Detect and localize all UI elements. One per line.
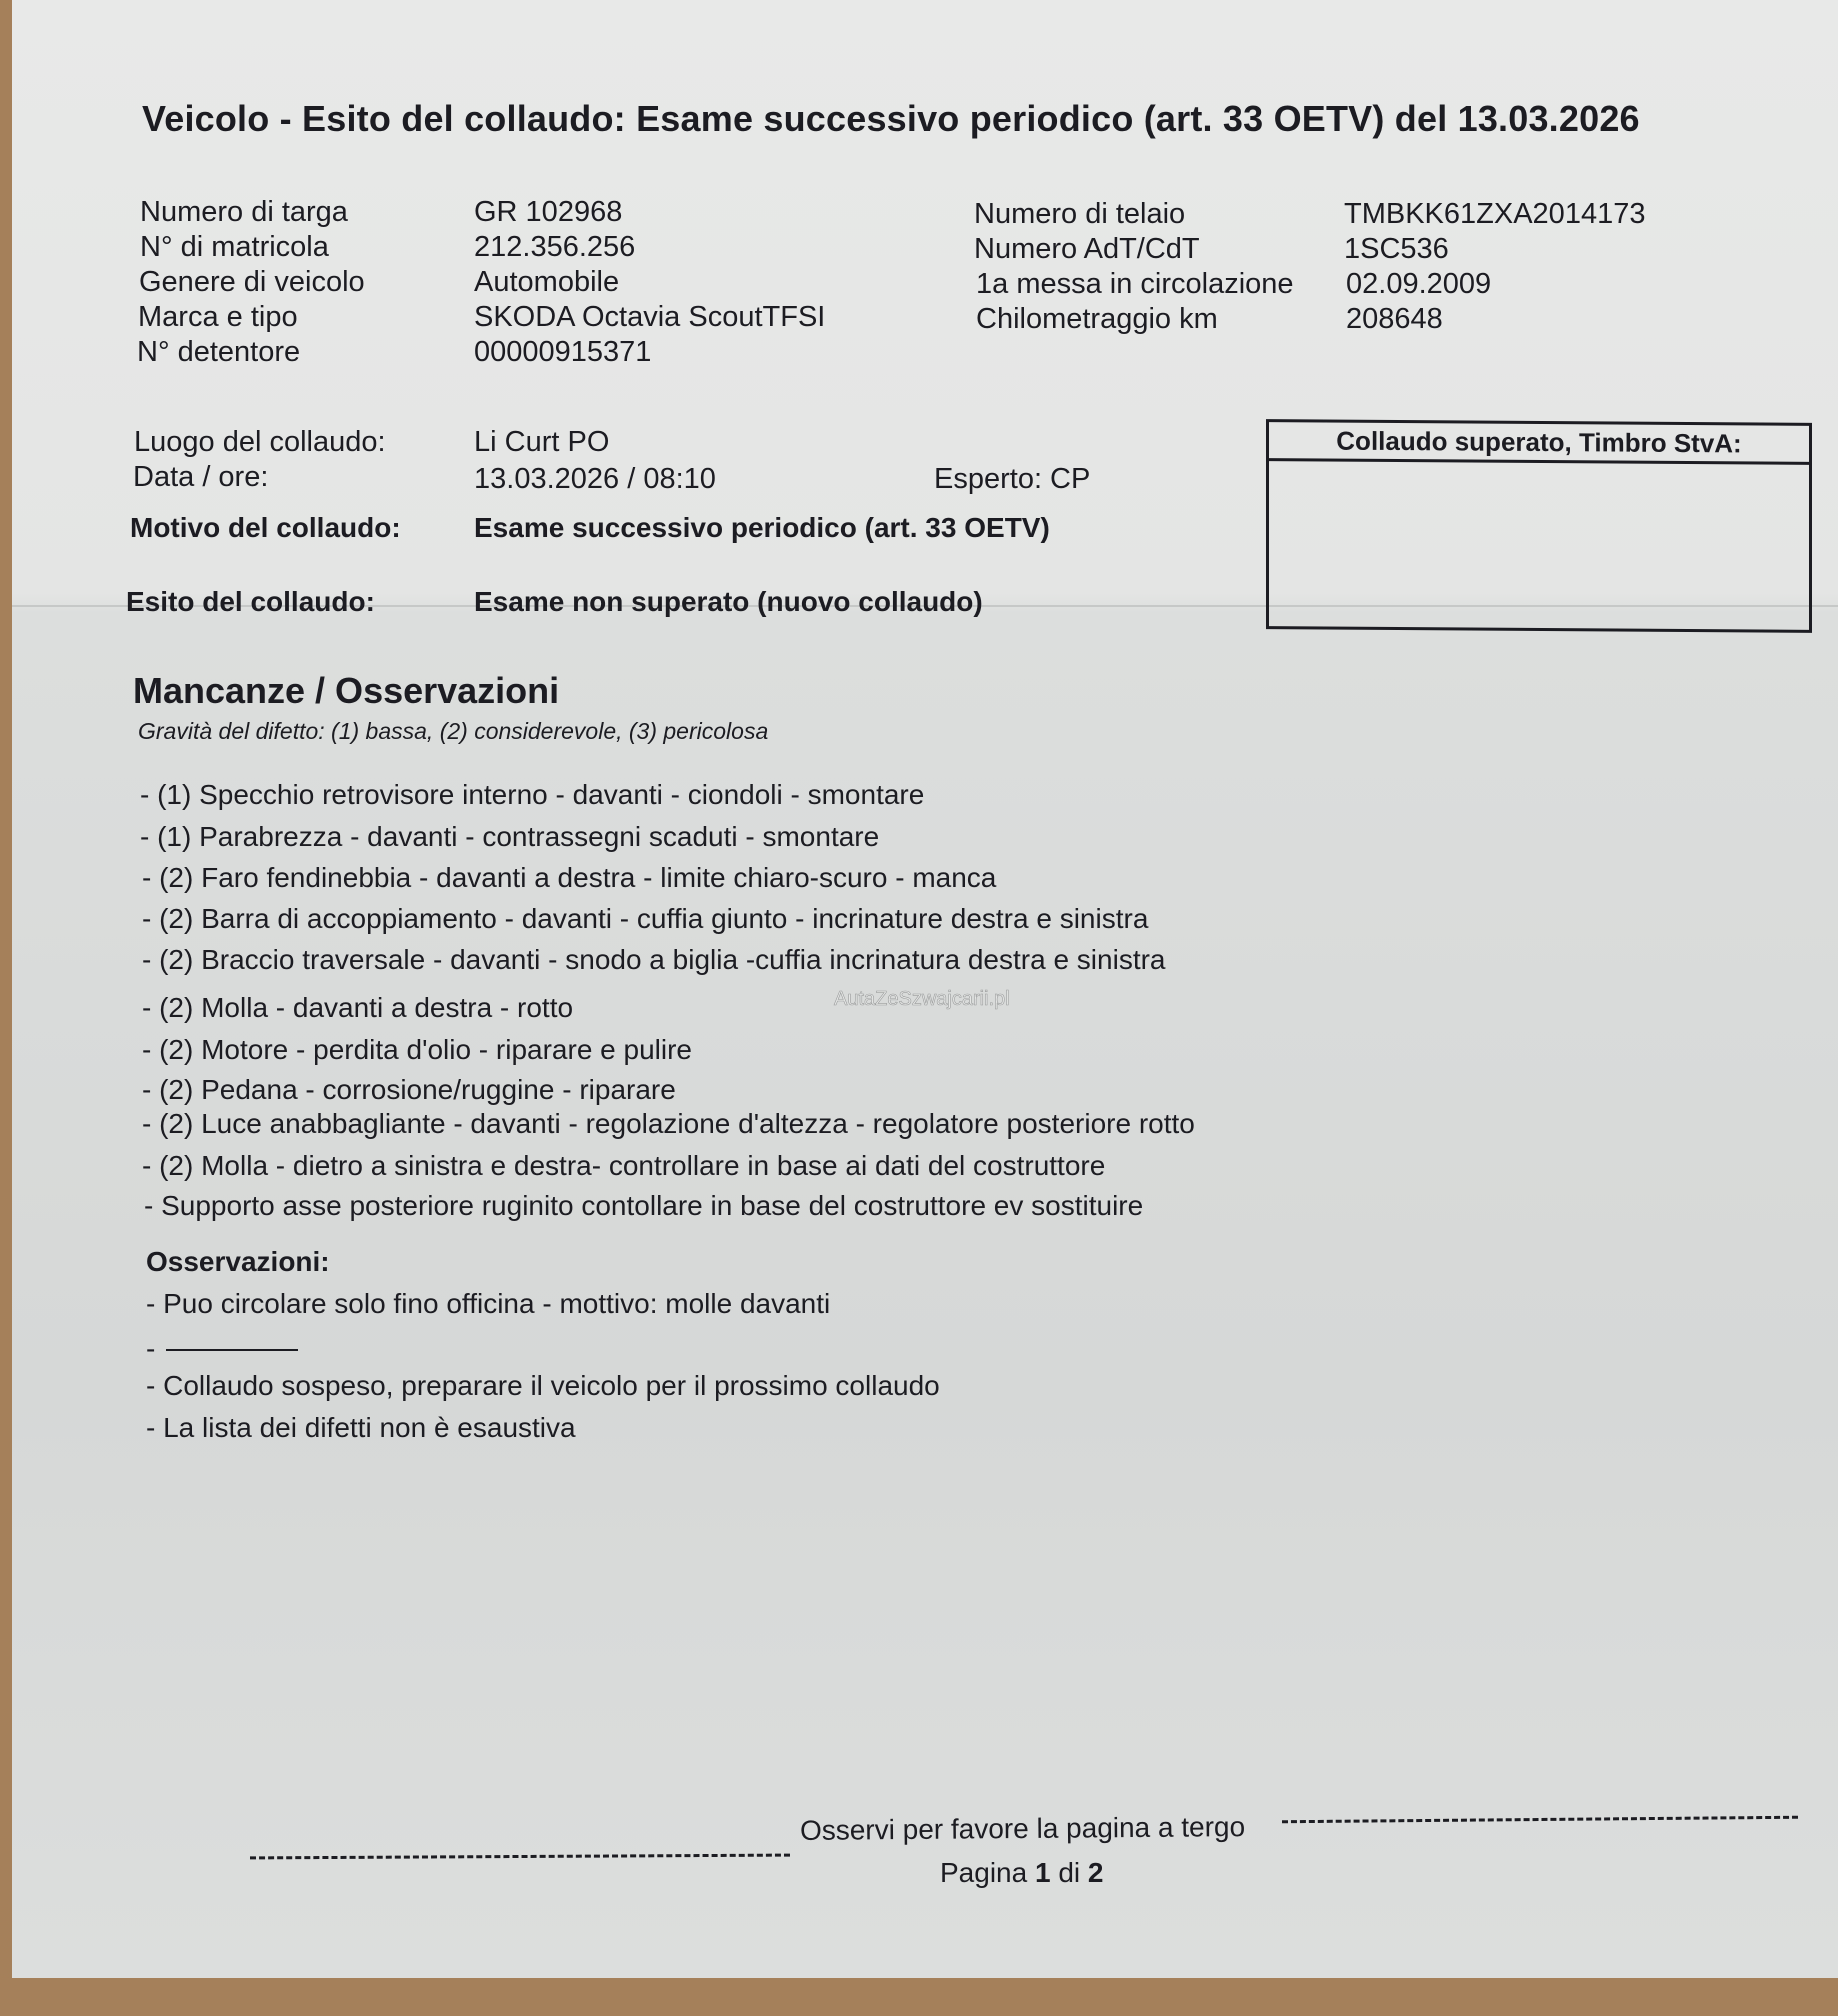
expert-code: Esperto: CP <box>934 463 1090 496</box>
label-genere-veicolo: Genere di veicolo <box>139 266 365 299</box>
value-luogo-collaudo: Li Curt PO <box>474 426 609 459</box>
value-matricola: 212.356.256 <box>474 231 635 264</box>
value-chilometraggio: 208648 <box>1346 303 1443 336</box>
label-prima-circolazione: 1a messa in circolazione <box>976 268 1294 301</box>
page-number: Pagina 1 di 2 <box>940 1857 1103 1889</box>
label-esito-collaudo: Esito del collaudo: <box>126 586 375 618</box>
page-sep: di <box>1058 1857 1080 1888</box>
observation-item: - La lista dei difetti non è esaustiva <box>146 1412 576 1444</box>
watermark: AutaZeSzwajcarii.pl <box>834 988 1010 1011</box>
observation-item-blank: - <box>146 1333 155 1365</box>
observations-title: Osservazioni: <box>146 1246 330 1278</box>
page-current: 1 <box>1035 1857 1051 1888</box>
label-chilometraggio: Chilometraggio km <box>976 303 1218 336</box>
value-esito-collaudo: Esame non superato (nuovo collaudo) <box>474 586 983 618</box>
label-numero-telaio: Numero di telaio <box>974 198 1185 231</box>
value-numero-targa: GR 102968 <box>474 196 622 229</box>
defect-item: - (2) Luce anabbagliante - davanti - reg… <box>142 1108 1195 1140</box>
page-prefix: Pagina <box>940 1857 1027 1888</box>
defect-item: - (2) Motore - perdita d'olio - riparare… <box>142 1034 692 1066</box>
value-genere-veicolo: Automobile <box>474 266 619 299</box>
label-data-ore: Data / ore: <box>133 461 268 494</box>
page-total: 2 <box>1088 1857 1104 1888</box>
defect-item: - (2) Braccio traversale - davanti - sno… <box>142 944 1166 976</box>
defect-item: - (1) Parabrezza - davanti - contrassegn… <box>140 821 879 853</box>
defect-item: - (2) Molla - dietro a sinistra e destra… <box>142 1150 1105 1182</box>
document-title: Veicolo - Esito del collaudo: Esame succ… <box>142 98 1640 140</box>
label-adt-cdt: Numero AdT/CdT <box>974 233 1200 266</box>
value-numero-telaio: TMBKK61ZXA2014173 <box>1344 198 1645 231</box>
defect-item: - Supporto asse posteriore ruginito cont… <box>144 1190 1143 1222</box>
value-motivo-collaudo: Esame successivo periodico (art. 33 OETV… <box>474 512 1050 544</box>
defects-section-title: Mancanze / Osservazioni <box>133 670 559 712</box>
value-prima-circolazione: 02.09.2009 <box>1346 268 1491 301</box>
blank-line <box>166 1349 298 1351</box>
severity-legend: Gravità del difetto: (1) bassa, (2) cons… <box>138 718 768 745</box>
label-detentore: N° detentore <box>137 336 300 369</box>
observation-item: - Collaudo sospeso, preparare il veicolo… <box>146 1370 940 1402</box>
label-matricola: N° di matricola <box>140 231 329 264</box>
value-adt-cdt: 1SC536 <box>1344 233 1449 266</box>
defect-item: - (2) Barra di accoppiamento - davanti -… <box>142 903 1148 935</box>
defect-item: - (2) Molla - davanti a destra - rotto <box>142 992 573 1024</box>
value-data-ore: 13.03.2026 / 08:10 <box>474 463 716 496</box>
stamp-box-header: Collaudo superato, Timbro StvA: <box>1269 422 1809 465</box>
value-marca-tipo: SKODA Octavia ScoutTFSI <box>474 301 825 334</box>
defect-item: - (1) Specchio retrovisore interno - dav… <box>140 779 924 811</box>
label-marca-tipo: Marca e tipo <box>138 301 298 334</box>
footer-note: Osservi per favore la pagina a tergo <box>800 1811 1245 1847</box>
observation-item: - Puo circolare solo fino officina - mot… <box>146 1288 830 1320</box>
value-detentore: 00000915371 <box>474 336 651 369</box>
defect-item: - (2) Pedana - corrosione/ruggine - ripa… <box>142 1074 676 1106</box>
label-luogo-collaudo: Luogo del collaudo: <box>134 426 386 459</box>
defect-item: - (2) Faro fendinebbia - davanti a destr… <box>142 862 996 894</box>
label-numero-targa: Numero di targa <box>140 196 348 229</box>
stamp-box: Collaudo superato, Timbro StvA: <box>1266 419 1812 633</box>
label-motivo-collaudo: Motivo del collaudo: <box>130 512 401 544</box>
